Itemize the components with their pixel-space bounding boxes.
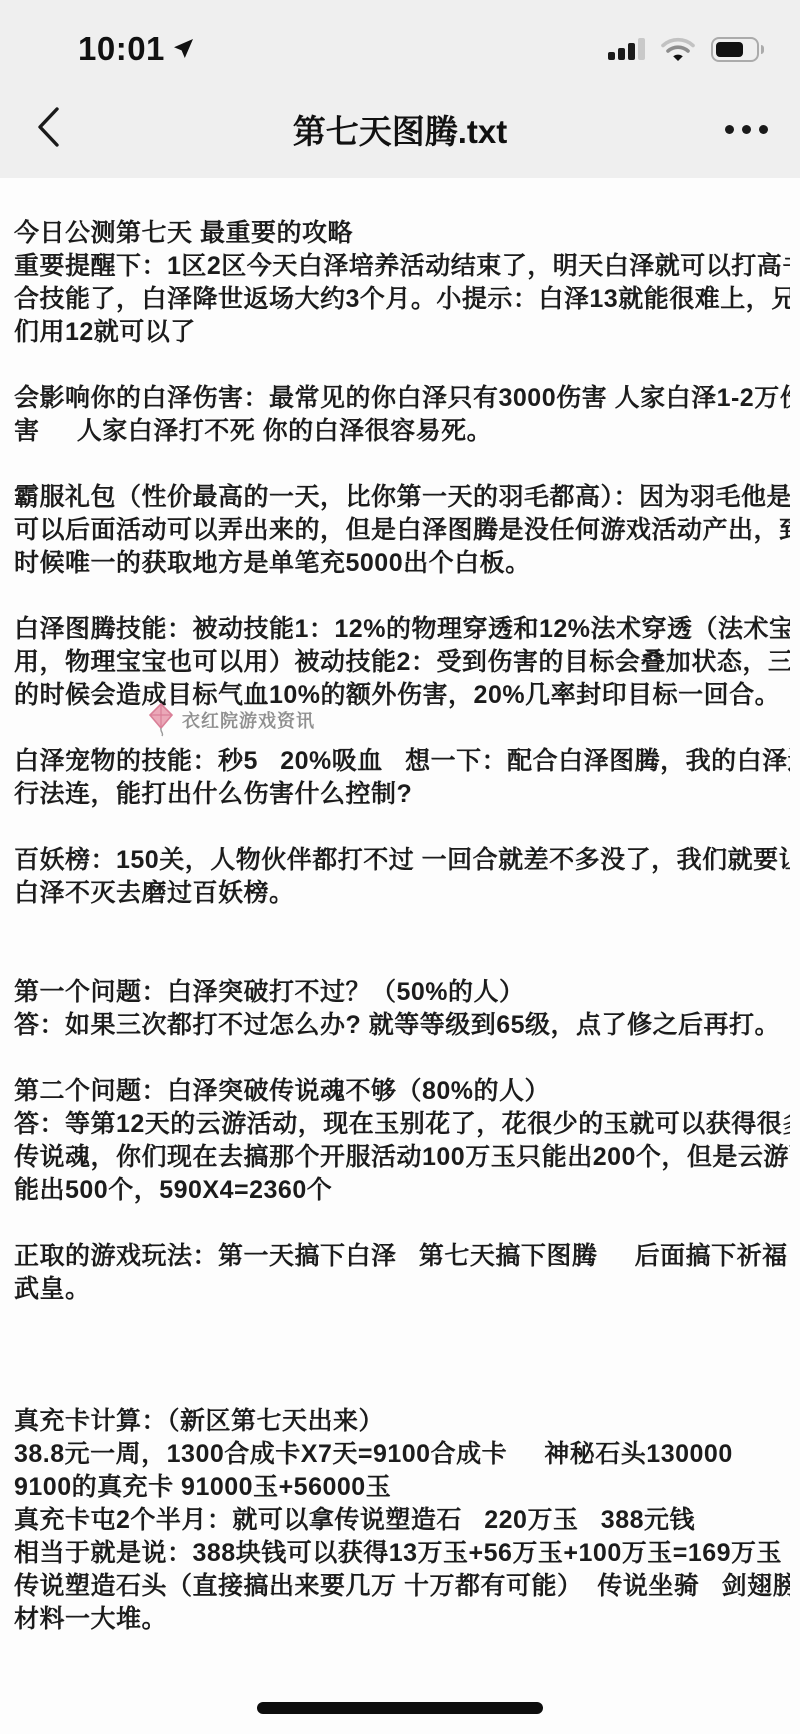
ellipsis-icon	[725, 125, 734, 134]
battery-fill	[716, 42, 743, 57]
text-line: 武皇。	[14, 1273, 790, 1306]
text-line: 行法连，能打出什么伤害什么控制?	[14, 778, 790, 811]
text-line	[14, 349, 790, 382]
battery-icon	[711, 37, 764, 62]
cellular-signal-icon	[608, 38, 645, 60]
text-line	[14, 1207, 790, 1240]
document-viewer[interactable]: 今日公测第七天 最重要的攻略重要提醒下：1区2区今天白泽培养活动结束了，明天白泽…	[0, 178, 800, 1734]
text-line: 正取的游戏玩法：第一天搞下白泽 第七天搞下图腾 后面搞下祈福	[14, 1240, 790, 1273]
phone-screen: 10:01	[0, 0, 800, 1734]
wifi-icon	[661, 37, 695, 62]
text-line: 相当于就是说：388块钱可以获得13万玉+56万玉+100万玉=169万玉	[14, 1537, 790, 1570]
text-line: 9100的真充卡 91000玉+56000玉	[14, 1471, 790, 1504]
text-line	[14, 1306, 790, 1339]
status-icons	[608, 37, 764, 62]
text-line: 合技能了，白泽降世返场大约3个月。小提示：白泽13就能很难上，兄弟	[14, 283, 790, 316]
header: 10:01	[0, 0, 800, 178]
text-line: 第二个问题：白泽突破传说魂不够（80%的人）	[14, 1075, 790, 1108]
text-line: 可以后面活动可以弄出来的，但是白泽图腾是没任何游戏活动产出，到	[14, 514, 790, 547]
location-arrow-icon	[171, 37, 195, 61]
text-line: 真充卡计算：（新区第七天出来）	[14, 1405, 790, 1438]
text-line: 用，物理宝宝也可以用）被动技能2：受到伤害的目标会叠加状态，三层	[14, 646, 790, 679]
text-line: 时候唯一的获取地方是单笔充5000出个白板。	[14, 547, 790, 580]
text-line: 白泽图腾技能：被动技能1：12%的物理穿透和12%法术穿透（法术宝宝可	[14, 613, 790, 646]
text-line: 重要提醒下：1区2区今天白泽培养活动结束了，明天白泽就可以打高书	[14, 250, 790, 283]
text-line	[14, 943, 790, 976]
text-line	[14, 448, 790, 481]
text-line: 会影响你的白泽伤害：最常见的你白泽只有3000伤害 人家白泽1-2万伤	[14, 382, 790, 415]
text-line: 害 人家白泽打不死 你的白泽很容易死。	[14, 415, 790, 448]
page-title: 第七天图腾.txt	[0, 106, 800, 153]
text-line: 白泽不灭去磨过百妖榜。	[14, 877, 790, 910]
document-text: 今日公测第七天 最重要的攻略重要提醒下：1区2区今天白泽培养活动结束了，明天白泽…	[0, 178, 800, 1636]
text-line	[14, 1042, 790, 1075]
chevron-left-icon	[36, 106, 60, 153]
text-line: 霸服礼包（性价最高的一天，比你第一天的羽毛都高）：因为羽毛他是	[14, 481, 790, 514]
text-line: 们用12就可以了	[14, 316, 790, 349]
text-line: 的时候会造成目标气血10%的额外伤害，20%几率封印目标一回合。	[14, 679, 790, 712]
more-options-button[interactable]	[721, 115, 772, 144]
text-line: 答：如果三次都打不过怎么办? 就等等级到65级，点了修之后再打。	[14, 1009, 790, 1042]
text-line	[14, 1372, 790, 1405]
text-line: 材料一大堆。	[14, 1603, 790, 1636]
text-line	[14, 712, 790, 745]
text-line: 第一个问题：白泽突破打不过？（50%的人）	[14, 976, 790, 1009]
text-line	[14, 910, 790, 943]
text-line: 传说塑造石头（直接搞出来要几万 十万都有可能） 传说坐骑 剑翅膀	[14, 1570, 790, 1603]
text-line: 今日公测第七天 最重要的攻略	[14, 217, 790, 250]
text-line	[14, 1339, 790, 1372]
back-button[interactable]	[24, 105, 72, 153]
nav-bar: 第七天图腾.txt	[0, 96, 800, 162]
text-line: 38.8元一周，1300合成卡X7天=9100合成卡 神秘石头130000	[14, 1438, 790, 1471]
home-indicator[interactable]	[257, 1702, 543, 1714]
status-bar: 10:01	[0, 22, 800, 76]
text-line: 白泽宠物的技能：秒5 20%吸血 想一下：配合白泽图腾，我的白泽进	[14, 745, 790, 778]
status-time-group: 10:01	[78, 30, 195, 68]
text-line	[14, 811, 790, 844]
text-line	[14, 580, 790, 613]
text-line: 百妖榜：150关，人物伙伴都打不过 一回合就差不多没了，我们就要让	[14, 844, 790, 877]
text-line: 传说魂，你们现在去搞那个开服活动100万玉只能出200个，但是云游可	[14, 1141, 790, 1174]
text-line: 真充卡屯2个半月：就可以拿传说塑造石 220万玉 388元钱	[14, 1504, 790, 1537]
text-line: 答：等第12天的云游活动，现在玉别花了，花很少的玉就可以获得很多	[14, 1108, 790, 1141]
clock-time: 10:01	[78, 30, 165, 68]
text-line: 能出500个，590X4=2360个	[14, 1174, 790, 1207]
